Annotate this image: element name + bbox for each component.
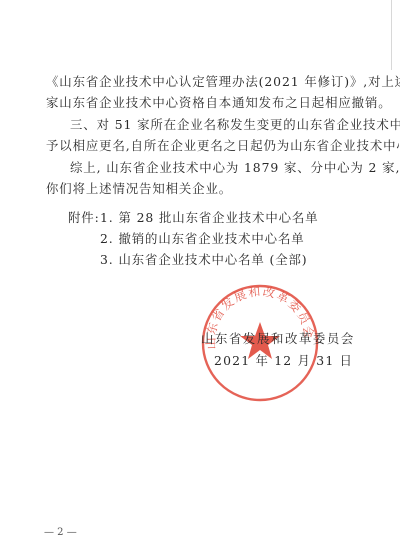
scan-edge-line — [391, 0, 392, 70]
attachment-item-3: 3. 山东省企业技术中心名单 (全部) — [100, 252, 308, 268]
body-line-2: 家山东省企业技术中心资格自本通知发布之日起相应撤销。 — [46, 95, 392, 111]
body-line-6: 你们将上述情况告知相关企业。 — [46, 181, 232, 197]
document-page: 《山东省企业技术中心认定管理办法(2021 年修订)》,对上述 353 家山东省… — [0, 0, 400, 542]
signature-organization: 山东省发展和改革委员会 — [201, 331, 355, 347]
attachment-item-2: 2. 撤销的山东省企业技术中心名单 — [100, 231, 305, 247]
body-line-4: 予以相应更名,自所在企业更名之日起仍为山东省企业技术中心。 — [46, 138, 400, 154]
body-line-5: 综上, 山东省企业技术中心为 1879 家、分中心为 2 家, 请 — [70, 160, 400, 176]
body-line-1: 《山东省企业技术中心认定管理办法(2021 年修订)》,对上述 353 — [46, 74, 400, 90]
signature-date: 2021 年 12 月 31 日 — [214, 353, 353, 369]
body-line-3: 三、对 51 家所在企业名称发生变更的山东省企业技术中心 — [70, 117, 400, 133]
page-number: — 2 — — [44, 527, 77, 539]
attachment-item-1: 1. 第 28 批山东省企业技术中心名单 — [100, 210, 318, 226]
attachments-label: 附件: — [68, 210, 100, 226]
